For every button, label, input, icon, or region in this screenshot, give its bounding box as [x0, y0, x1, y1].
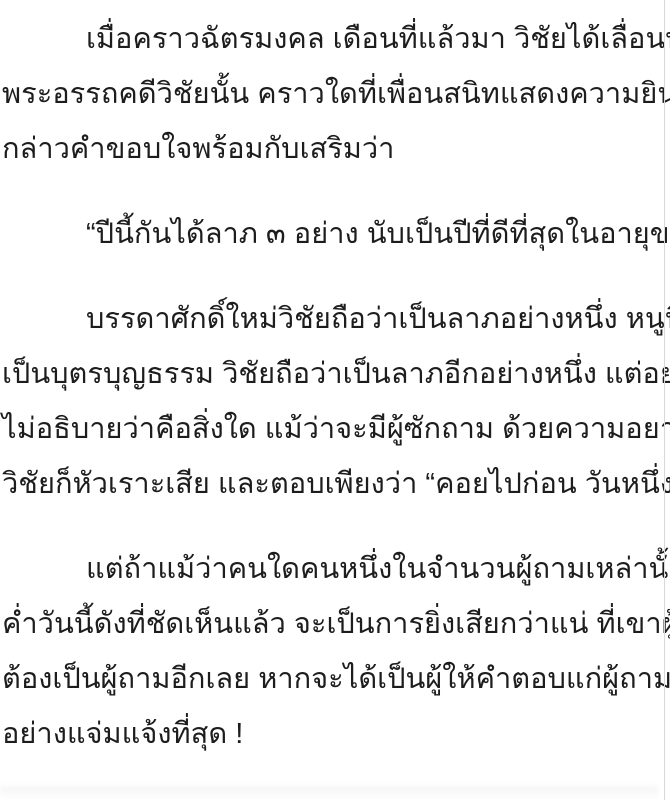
- text-line: เมื่อคราวฉัตรมงคล เดือนที่แล้วมา วิชัยได…: [2, 12, 656, 67]
- text-line: ค่ำวันนี้ดังที่ชัดเห็นแล้ว จะเป็นการยิ่ง…: [2, 597, 656, 652]
- text-content: เมื่อคราวฉัตรมงคล เดือนที่แล้วมา วิชัยได…: [2, 12, 656, 762]
- text-line: ไม่อธิบายว่าคือสิ่งใด แม้ว่าจะมีผู้ซักถา…: [2, 402, 656, 457]
- paragraph: เมื่อคราวฉัตรมงคล เดือนที่แล้วมา วิชัยได…: [2, 12, 656, 177]
- quote-paragraph: “ปีนี้กันได้ลาภ ๓ อย่าง นับเป็นปีที่ดีที…: [2, 207, 656, 262]
- page-edge-line: [664, 0, 665, 800]
- text-line: “ปีนี้กันได้ลาภ ๓ อย่าง นับเป็นปีที่ดีที…: [2, 207, 656, 262]
- text-line: กล่าวคำขอบใจพร้อมกับเสริมว่า: [2, 122, 656, 177]
- document-page: เมื่อคราวฉัตรมงคล เดือนที่แล้วมา วิชัยได…: [0, 0, 670, 800]
- paragraph: แต่ถ้าแม้ว่าคนใดคนหนึ่งในจำนวนผู้ถามเหล่…: [2, 542, 656, 762]
- text-line: แต่ถ้าแม้ว่าคนใดคนหนึ่งในจำนวนผู้ถามเหล่…: [2, 542, 656, 597]
- faint-cutoff-text-strip: [0, 786, 658, 798]
- text-line: เป็นบุตรบุญธรรม วิชัยถือว่าเป็นลาภอีกอย่…: [2, 347, 656, 402]
- text-line: วิชัยก็หัวเราะเสีย และตอบเพียงว่า “คอยไป…: [2, 457, 656, 512]
- text-line: ต้องเป็นผู้ถามอีกเลย หากจะได้เป็นผู้ให้ค…: [2, 652, 656, 707]
- text-line: บรรดาศักดิ์ใหม่วิชัยถือว่าเป็นลาภอย่างหน…: [2, 292, 656, 347]
- paragraph: บรรดาศักดิ์ใหม่วิชัยถือว่าเป็นลาภอย่างหน…: [2, 292, 656, 512]
- text-line: พระอรรถคดีวิชัยนั้น คราวใดที่เพื่อนสนิทแ…: [2, 67, 656, 122]
- text-line: อย่างแจ่มแจ้งที่สุด !: [2, 707, 656, 762]
